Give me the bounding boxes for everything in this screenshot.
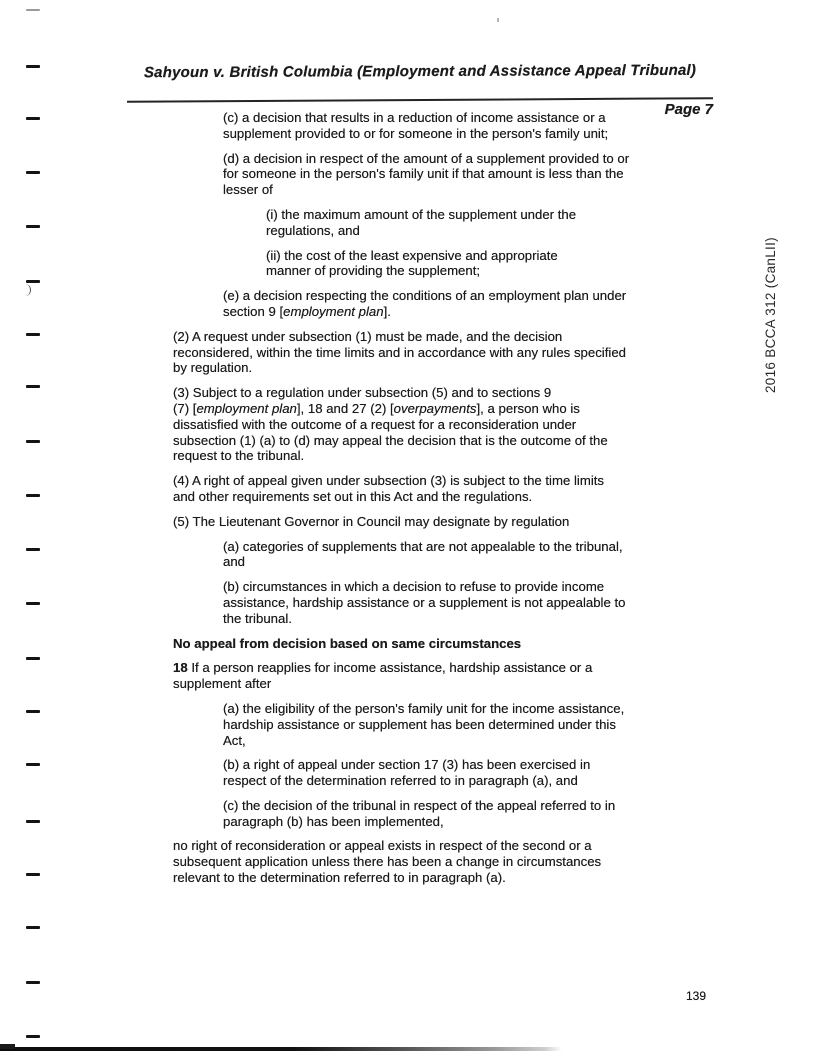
paragraph: (a) categories of supplements that are n…	[223, 539, 695, 571]
margin-dash	[26, 548, 40, 551]
text-run: (a) the eligibility of the person's fami…	[223, 701, 624, 748]
margin-dash	[26, 820, 40, 823]
page-number: 139	[686, 989, 706, 1003]
text-run: no right of reconsideration or appeal ex…	[173, 838, 601, 885]
text-run: (ii) the cost of the least expensive and…	[266, 248, 558, 279]
scan-artifact-speck	[497, 18, 499, 22]
margin-dash	[26, 1035, 40, 1038]
text-run: (4) A right of appeal given under subsec…	[173, 473, 604, 504]
margin-dash	[26, 65, 40, 68]
header-rule	[127, 97, 713, 103]
paragraph: (c) the decision of the tribunal in resp…	[223, 798, 695, 830]
margin-dash	[26, 385, 40, 388]
paragraph: (3) Subject to a regulation under subsec…	[173, 385, 695, 464]
margin-dash	[26, 926, 40, 929]
margin-dash	[26, 225, 40, 228]
text-run: (b) circumstances in which a decision to…	[223, 579, 625, 626]
bold-run: 18	[173, 660, 188, 675]
scan-bottom-bar	[0, 1047, 562, 1051]
margin-dash	[26, 280, 40, 283]
text-run: (d) a decision in respect of the amount …	[223, 151, 629, 198]
paragraph: (c) a decision that results in a reducti…	[223, 110, 695, 142]
paragraph: (ii) the cost of the least expensive and…	[266, 248, 695, 280]
scan-bottom-notch	[0, 1044, 15, 1049]
text-run: (2) A request under subsection (1) must …	[173, 329, 626, 376]
scanned-document-page: Sahyoun v. British Columbia (Employment …	[0, 0, 817, 1056]
paragraph: (d) a decision in respect of the amount …	[223, 151, 695, 198]
bold-run: No appeal from decision based on same ci…	[173, 636, 521, 651]
text-run: (b) a right of appeal under section 17 (…	[223, 757, 590, 788]
italic-run: employment plan	[196, 401, 296, 416]
paragraph: (b) a right of appeal under section 17 (…	[223, 757, 695, 789]
scan-artifact-speck	[489, 296, 491, 298]
margin-dash	[26, 763, 40, 766]
paragraph: 18 If a person reapplies for income assi…	[173, 660, 695, 692]
document-body: (c) a decision that results in a reducti…	[173, 110, 695, 895]
case-title: Sahyoun v. British Columbia (Employment …	[120, 62, 720, 82]
margin-dash	[26, 710, 40, 713]
paragraph: no right of reconsideration or appeal ex…	[173, 838, 695, 885]
paragraph: (a) the eligibility of the person's fami…	[223, 701, 695, 748]
text-run: (c) a decision that results in a reducti…	[223, 110, 608, 141]
text-run: (5) The Lieutenant Governor in Council m…	[173, 514, 569, 529]
paragraph: (2) A request under subsection (1) must …	[173, 329, 695, 376]
italic-run: employment plan	[283, 304, 383, 319]
margin-dash	[26, 494, 40, 497]
text-run: (c) the decision of the tribunal in resp…	[223, 798, 615, 829]
margin-dash	[26, 873, 40, 876]
section-heading: No appeal from decision based on same ci…	[173, 636, 695, 652]
margin-dash	[26, 171, 40, 174]
paragraph: (b) circumstances in which a decision to…	[223, 579, 695, 626]
paragraph: (4) A right of appeal given under subsec…	[173, 473, 695, 505]
paragraph: (i) the maximum amount of the supplement…	[266, 207, 695, 239]
margin-dash	[26, 440, 40, 443]
text-run: (a) categories of supplements that are n…	[223, 539, 623, 570]
margin-dash	[26, 9, 40, 11]
scan-artifact-curl	[23, 284, 31, 296]
paragraph: (5) The Lieutenant Governor in Council m…	[173, 514, 695, 530]
margin-dash	[26, 981, 40, 984]
italic-run: overpayments	[394, 401, 477, 416]
paragraph: (e) a decision respecting the conditions…	[223, 288, 695, 320]
text-run: If a person reapplies for income assista…	[173, 660, 592, 691]
canlii-citation: 2016 BCCA 312 (CanLII)	[763, 237, 778, 393]
text-run: ], 18 and 27 (2) [	[297, 401, 394, 416]
margin-dash	[26, 657, 40, 660]
text-run: (i) the maximum amount of the supplement…	[266, 207, 576, 238]
margin-dash	[26, 333, 40, 336]
margin-dash	[26, 602, 40, 605]
margin-dash	[26, 117, 40, 120]
text-run: ].	[384, 304, 391, 319]
